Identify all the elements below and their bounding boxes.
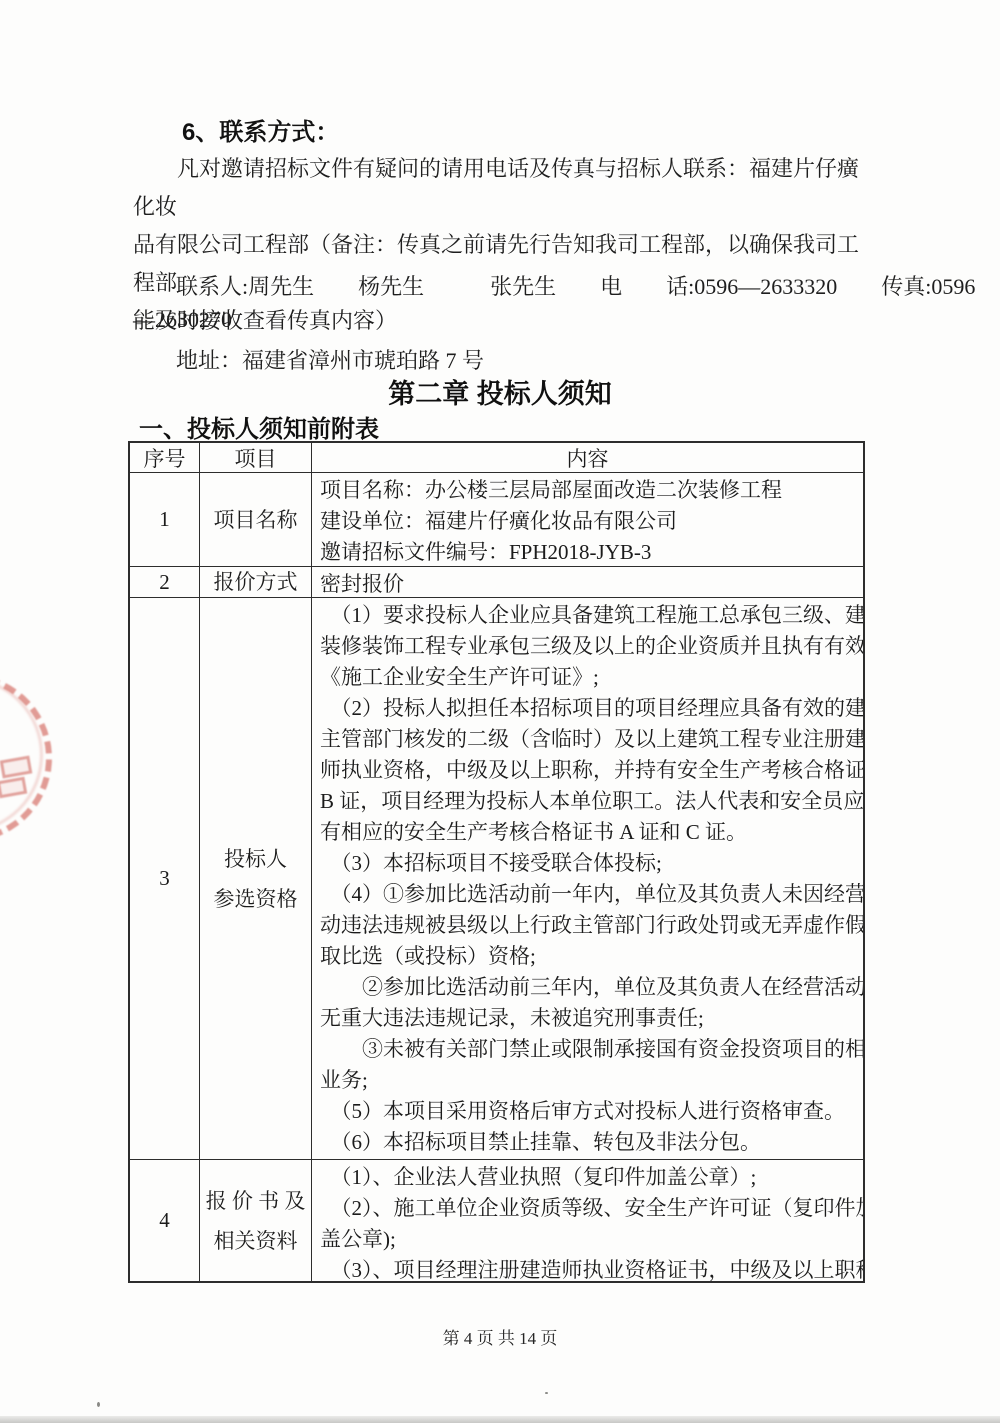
text-line: （2）、施工单位企业资质等级、安全生产许可证（复印件加 [320, 1193, 857, 1224]
text-line: 报 价 书 及 [206, 1181, 306, 1221]
text-line: 投标人 [224, 839, 287, 879]
text-line: （4）①参加比选活动前一年内，单位及其负责人未因经营活 [320, 879, 857, 910]
row2-item: 报价方式 [200, 567, 312, 598]
fax-number-wrap-line: —2630270 [133, 307, 232, 333]
text-line: B 证，项目经理为投标人本单位职工。法人代表和安全员应持 [320, 786, 857, 817]
scanned-document-page: 6、联系方式： 凡对邀请招标文件有疑问的请用电话及传真与招标人联系：福建片仔癀化… [0, 0, 1000, 1423]
text-line: 装修装饰工程专业承包三级及以上的企业资质并且执有有效 [320, 631, 857, 662]
text-line: （5）本项目采用资格后审方式对投标人进行资格审查。 [320, 1096, 857, 1127]
text-line: （6）本招标项目禁止挂靠、转包及非法分包。 [320, 1127, 857, 1158]
row2-content: 密封报价 [312, 567, 863, 598]
text-line: （1）、企业法人营业执照（复印件加盖公章）; [320, 1162, 857, 1193]
text-line: 邀请招标文件编号：FPH2018-JYB-3 [320, 537, 857, 567]
text-line: 密封报价 [320, 569, 857, 598]
row4-content: （1）、企业法人营业执照（复印件加盖公章）; （2）、施工单位企业资质等级、安全… [312, 1160, 863, 1281]
text-line: 无重大违法违规记录，未被追究刑事责任; [320, 1003, 857, 1034]
row3-content: （1）要求投标人企业应具备建筑工程施工总承包三级、建筑装修装饰工程专业承包三级及… [312, 598, 863, 1160]
table-header-content: 内容 [312, 443, 863, 473]
text-line: 动违法违规被县级以上行政主管部门行政处罚或无弄虚作假骗 [320, 910, 857, 941]
text-line: 主管部门核发的二级（含临时）及以上建筑工程专业注册建造 [320, 724, 857, 755]
scan-speck [545, 1392, 548, 1394]
text-line: 参选资格 [214, 879, 298, 919]
text-line: 业务; [320, 1065, 857, 1096]
bidder-instructions-table: 序号 项目 内容 1 项目名称 项目名称：办公楼三层局部屋面改造二次装修工程建设… [128, 441, 865, 1283]
text-line: （3）本招标项目不接受联合体投标; [320, 848, 857, 879]
table-header-item: 项目 [200, 443, 312, 473]
table-header-no: 序号 [130, 443, 200, 473]
text-line: 凡对邀请招标文件有疑问的请用电话及传真与招标人联系：福建片仔癀化妆 [133, 150, 873, 226]
scan-speck [97, 1402, 100, 1407]
row3-no: 3 [130, 598, 200, 1160]
scan-bottom-edge [0, 1416, 1000, 1423]
contact-section-heading: 6、联系方式： [182, 112, 339, 147]
text-line: 相关资料 [214, 1221, 298, 1261]
text-line: 项目名称 [214, 500, 298, 540]
text-line: 取比选（或投标）资格; [320, 941, 857, 972]
page-number-footer: 第 4 页 共 14 页 [0, 1324, 1000, 1349]
row1-no: 1 [130, 473, 200, 567]
row1-item: 项目名称 [200, 473, 312, 567]
text-line: 报价方式 [214, 567, 298, 598]
text-line: 建设单位：福建片仔癀化妆品有限公司 [320, 506, 857, 537]
text-line: 有相应的安全生产考核合格证书 A 证和 C 证。 [320, 817, 857, 848]
address-line: 地址：福建省漳州市琥珀路 7 号 [176, 344, 484, 375]
text-line: ③未被有关部门禁止或限制承接国有资金投资项目的相关 [320, 1034, 857, 1065]
row2-no: 2 [130, 567, 200, 598]
text-line: （2）投标人拟担任本招标项目的项目经理应具备有效的建设 [320, 693, 857, 724]
text-line: ②参加比选活动前三年内，单位及其负责人在经营活动中 [320, 972, 857, 1003]
contact-paragraph: 凡对邀请招标文件有疑问的请用电话及传真与招标人联系：福建片仔癀化妆品有限公司工程… [133, 150, 873, 340]
text-line: 《施工企业安全生产许可证》; [320, 662, 857, 693]
text-line: 项目名称：办公楼三层局部屋面改造二次装修工程 [320, 475, 857, 506]
row3-item: 投标人参选资格 [200, 598, 312, 1160]
text-line: 盖公章); [320, 1224, 857, 1255]
row4-item: 报 价 书 及相关资料 [200, 1160, 312, 1281]
text-line: 能及时接收查看传真内容） [133, 302, 873, 340]
chapter-title: 第二章 投标人须知 [0, 372, 1000, 411]
row4-no: 4 [130, 1160, 200, 1281]
text-line: （1）要求投标人企业应具备建筑工程施工总承包三级、建筑 [320, 600, 857, 631]
text-line: 师执业资格，中级及以上职称，并持有安全生产考核合格证书 [320, 755, 857, 786]
row1-content: 项目名称：办公楼三层局部屋面改造二次装修工程建设单位：福建片仔癀化妆品有限公司邀… [312, 473, 863, 567]
contact-persons-line: 联系人:周先生 杨先生 张先生 电 话:0596—2633320 传真:0596 [176, 270, 975, 301]
section-heading: 一、投标人须知前附表 [139, 409, 379, 444]
text-line: （3）、项目经理注册建造师执业资格证书，中级及以上职称 [320, 1255, 857, 1281]
